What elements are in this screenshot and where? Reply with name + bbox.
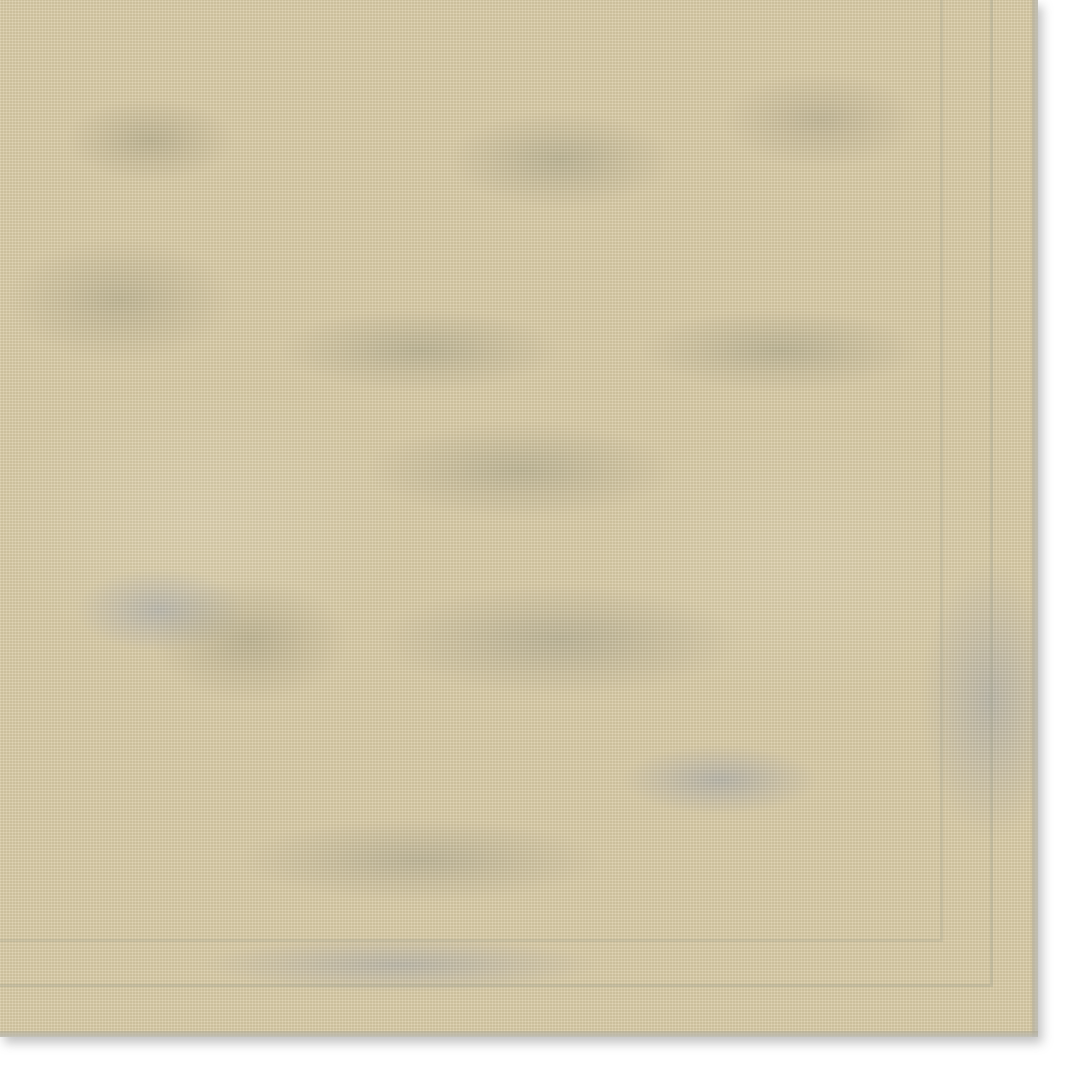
rug-edge-right — [1032, 0, 1038, 1037]
rug-photo — [0, 0, 1038, 1037]
rug-border-inner — [0, 0, 943, 942]
rug-edge-bottom — [0, 1031, 1038, 1037]
